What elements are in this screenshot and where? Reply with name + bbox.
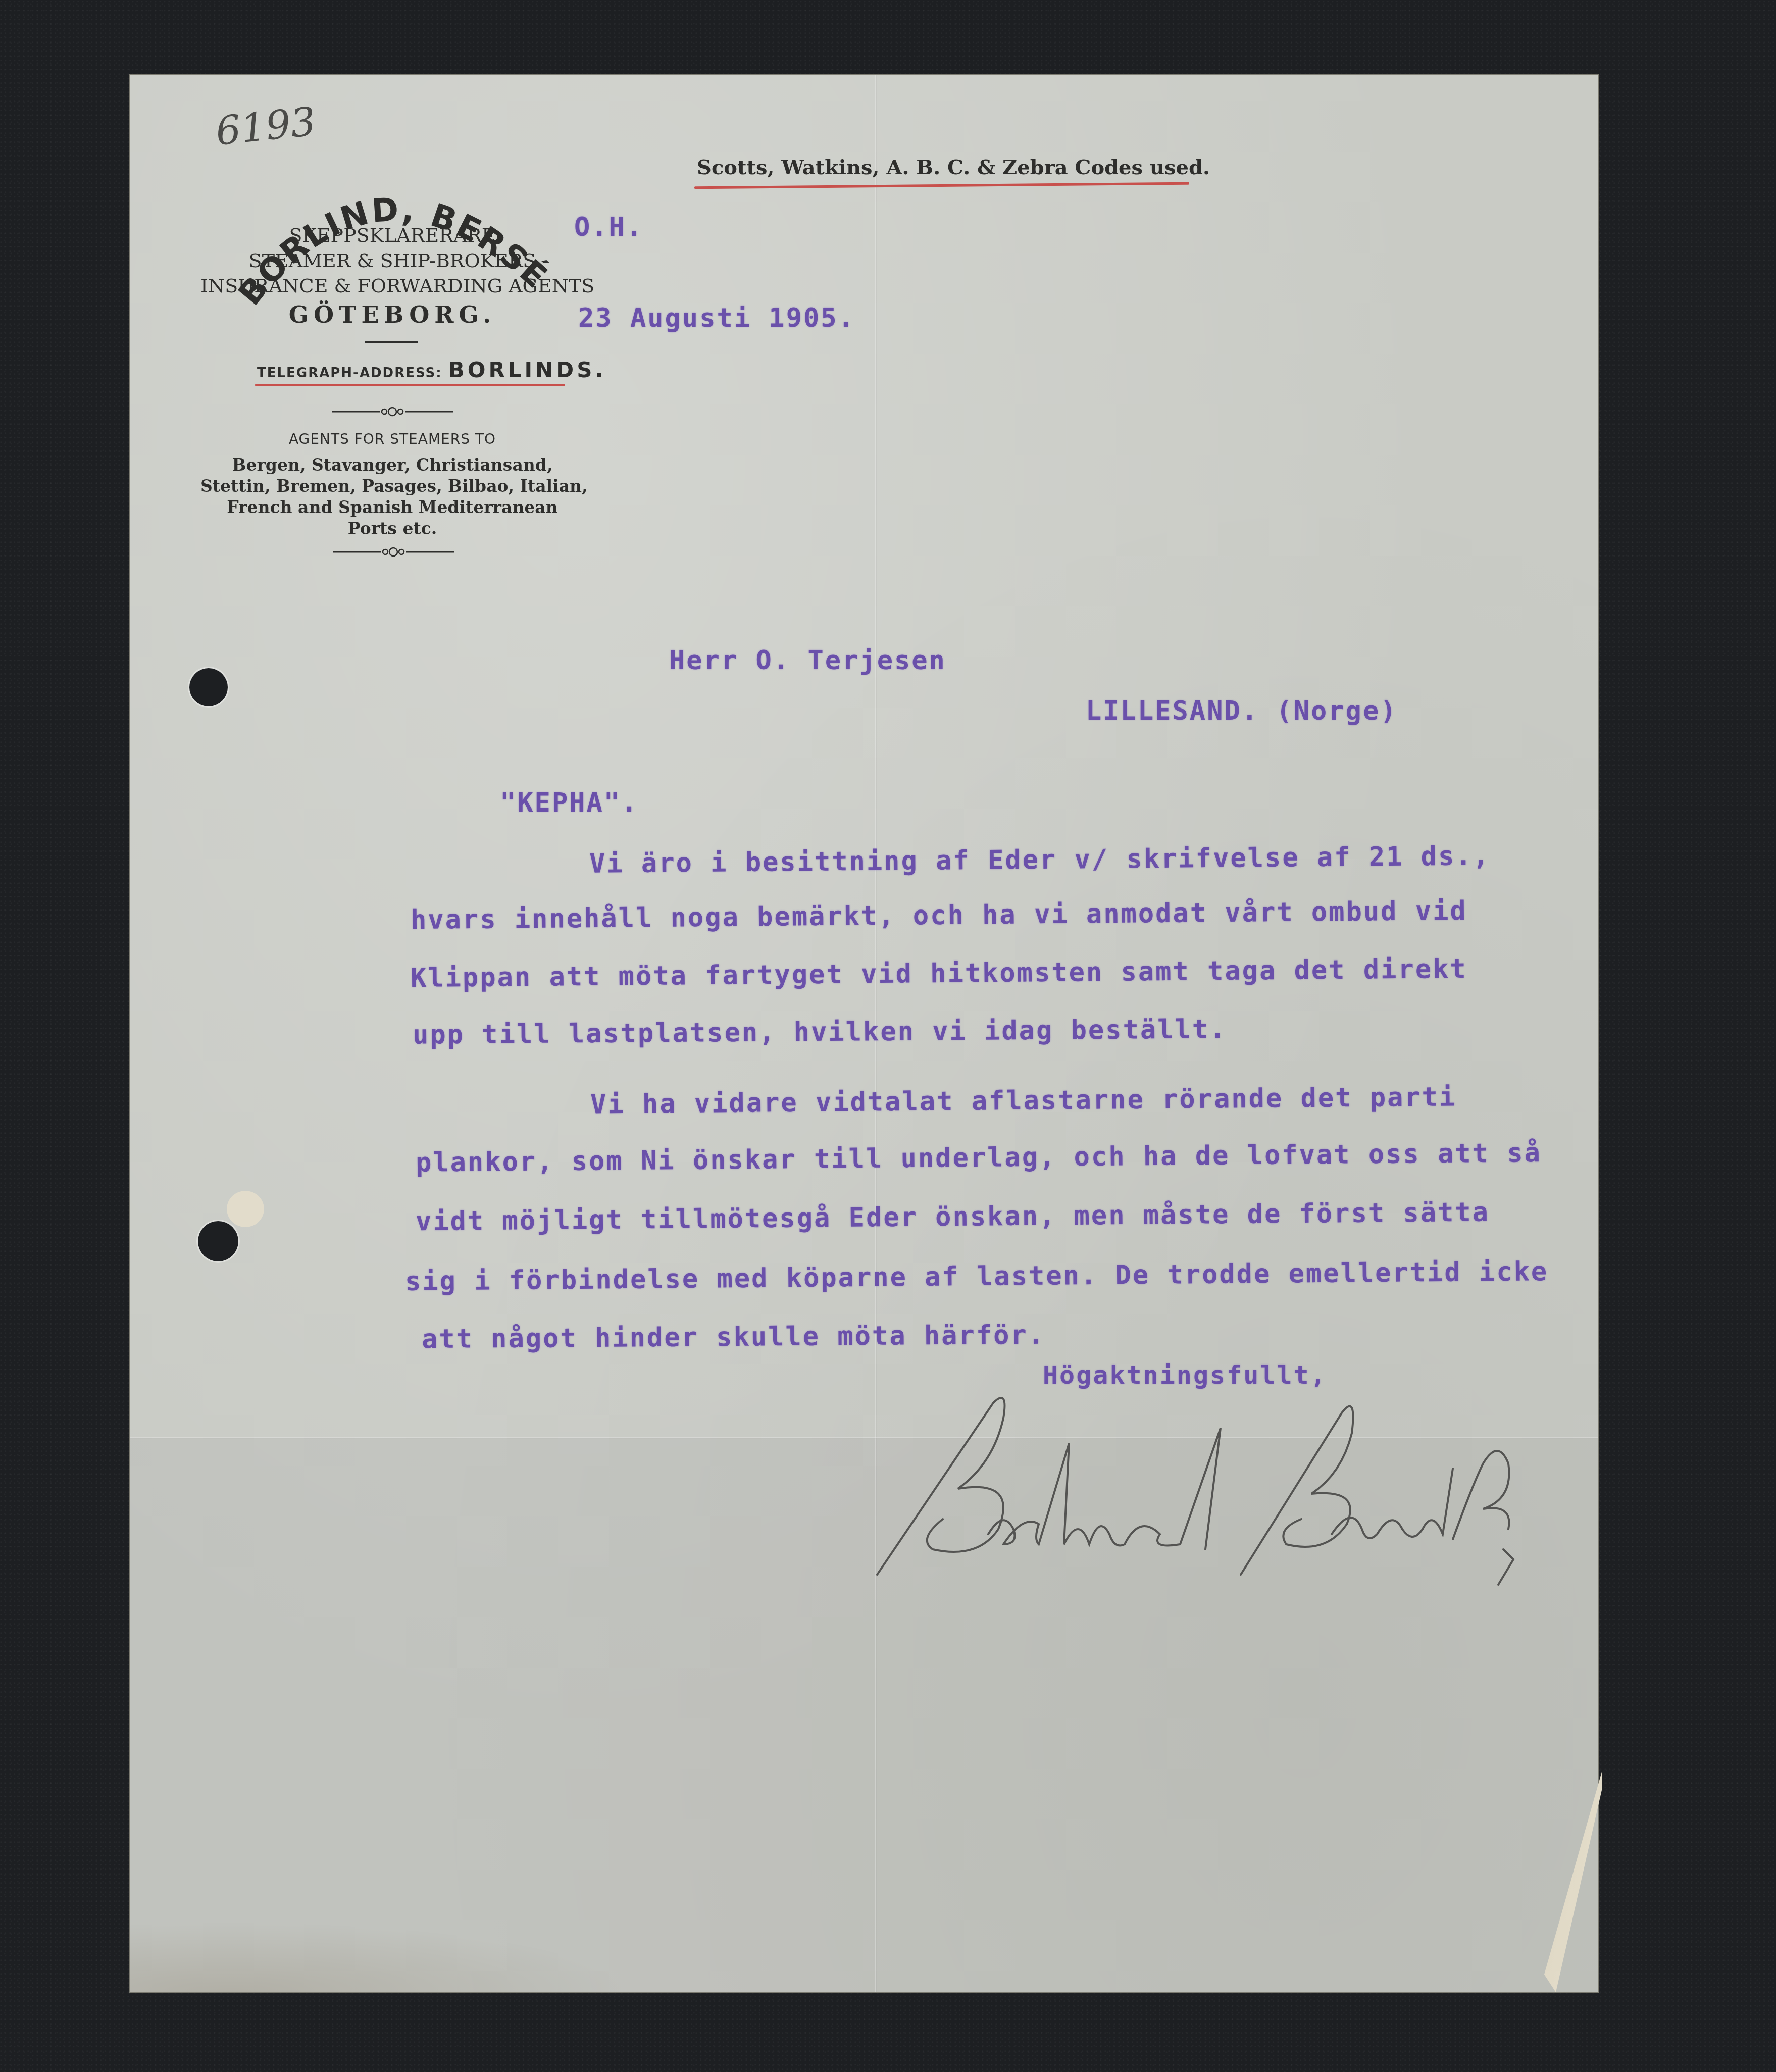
telegraph-codes-line: Scotts, Watkins, A. B. C. & Zebra Codes … [697,156,1210,179]
telegraph-red-underline [255,384,565,386]
agents-line-2: Stettin, Bremen, Pasages, Bilbao, Italia… [200,476,584,496]
body-line-5: Vi ha vidare vidtalat aflastarne rörande… [590,1082,1457,1120]
typed-suffix: O.H. [574,212,643,242]
body-line-7: vidt möjligt tillmötesgå Eder önskan, me… [416,1197,1490,1237]
ornament-divider-top [332,404,453,419]
recipient-place: LILLESAND. (Norge) [1086,696,1398,726]
telegraph-value: BORLINDS. [448,358,606,382]
punch-hole-upper [189,668,228,706]
body-line-4: upp till lastplatsen, hvilken vi idag be… [413,1014,1227,1050]
paper-stain [130,1922,635,1992]
paper-chad [227,1191,264,1227]
body-line-3: Klippan att möta fartyget vid hitkomsten… [411,954,1467,993]
body-line-9: att något hinder skulle möta härför. [422,1320,1045,1355]
codes-red-underline [694,182,1189,189]
body-line-1: Vi äro i besittning af Eder v/ skrifvels… [589,841,1490,879]
letterhead-divider [365,341,418,343]
letterhead-line-2: STEAMER & SHIP-BROKERS [200,249,584,272]
agents-line-3: French and Spanish Mediterranean [200,497,584,517]
body-line-6: plankor, som Ni önskar till underlag, oc… [416,1138,1542,1178]
subject-line: "KEPHA". [500,788,638,818]
agents-line-4: Ports etc. [200,519,584,538]
punch-hole-lower [198,1221,238,1261]
letter-date: 23 Augusti 1905. [578,303,855,333]
handwritten-signature [857,1383,1524,1595]
agents-heading: AGENTS FOR STEAMERS TO [200,431,584,447]
body-line-2: hvars innehåll noga bemärkt, och ha vi a… [411,896,1467,935]
recipient-name: Herr O. Terjesen [669,645,946,676]
ornament-divider-bottom [333,544,454,560]
agents-line-1: Bergen, Stavanger, Christiansand, [200,455,584,475]
body-line-8: sig i förbindelse med köparne af lasten.… [405,1256,1549,1297]
telegraph-label: TELEGRAPH-ADDRESS: [257,366,442,381]
letter-page: 6193 BORLIND, BERSÉN & Co. SKEPPSKLARERA… [130,75,1598,1992]
telegraph-address: TELEGRAPH-ADDRESS: BORLINDS. [257,358,606,382]
letterhead-line-3: INSURANCE & FORWARDING AGENTS [200,275,584,297]
letterhead-line-1: SKEPPSKLARERARE [200,224,584,246]
letterhead-city: GÖTEBORG. [200,301,584,328]
